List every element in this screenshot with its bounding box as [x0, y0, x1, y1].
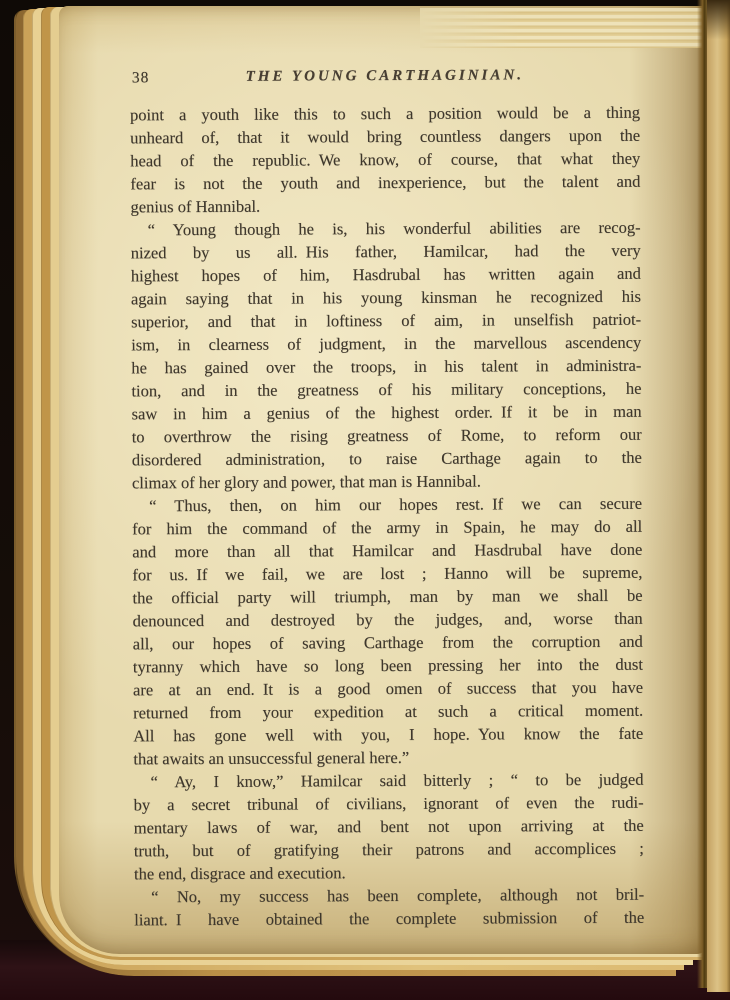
text-line: mentary laws of war, and bent not upon a…: [134, 814, 644, 840]
text-line: “ Thus, then, on him our hopes rest. If …: [132, 492, 642, 518]
text-line: all, our hopes of saving Carthage from t…: [133, 630, 643, 656]
facing-page-sliver: [707, 0, 730, 992]
text-line: “ Ay, I know,” Hamilcar said bitterly ; …: [133, 768, 643, 794]
text-line: that awaits an unsuccessful general here…: [133, 745, 643, 771]
top-page-edges: [420, 8, 706, 48]
text-line: to overthrow the rising greatness of Rom…: [132, 423, 642, 449]
text-line: “ Young though he is, his wonderful abil…: [131, 216, 641, 242]
text-line: the end, disgrace and execution.: [134, 860, 644, 886]
text-line: fear is not the youth and inexperience, …: [130, 170, 640, 196]
text-line: the official party will triumph, man by …: [132, 584, 642, 610]
text-line: unheard of, that it would bring countles…: [130, 124, 640, 150]
text-line: climax of her glory and power, that man …: [132, 469, 642, 495]
text-line: tion, and in the greatness of his milita…: [131, 377, 641, 403]
text-line: denounced and destroyed by the judges, a…: [133, 607, 643, 633]
text-line: saw in him a genius of the highest order…: [131, 400, 641, 426]
page-text: point a youth like this to such a positi…: [130, 101, 644, 932]
text-line: truth, but of gratifying their patrons a…: [134, 837, 644, 863]
text-line: tyranny which have so long been pressing…: [133, 653, 643, 679]
text-line: nized by us all. His father, Hamilcar, h…: [131, 239, 641, 265]
text-line: and more than all that Hamilcar and Hasd…: [132, 538, 642, 564]
text-line: he has gained over the troops, in his ta…: [131, 354, 641, 380]
text-line: returned from your expedition at such a …: [133, 699, 643, 725]
text-line: head of the republic. We know, of course…: [130, 147, 640, 173]
text-line: ism, in clearness of judgment, in the ma…: [131, 331, 641, 357]
text-line: superior, and that in loftiness of aim, …: [131, 308, 641, 334]
page-text-column: 38 THE YOUNG CARTHAGINIAN. point a youth…: [130, 65, 645, 932]
text-line: disordered administration, to raise Cart…: [132, 446, 642, 472]
running-title: THE YOUNG CARTHAGINIAN.: [130, 67, 640, 87]
text-line: “ No, my success has been complete, alth…: [134, 883, 644, 909]
text-line: by a secret tribunal of civilians, ignor…: [134, 791, 644, 817]
text-line: for him the command of the army in Spain…: [132, 515, 642, 541]
text-line: genius of Hannibal.: [130, 193, 640, 219]
text-line: point a youth like this to such a positi…: [130, 101, 640, 127]
book-photo: 38 THE YOUNG CARTHAGINIAN. point a youth…: [0, 0, 730, 1000]
text-line: highest hopes of him, Hasdrubal has writ…: [131, 262, 641, 288]
text-line: All has gone well with you, I hope. You …: [133, 722, 643, 748]
text-line: are at an end. It is a good omen of succ…: [133, 676, 643, 702]
page-header: 38 THE YOUNG CARTHAGINIAN.: [130, 65, 640, 90]
text-line: for us. If we fail, we are lost ; Hanno …: [132, 561, 642, 587]
text-line: again saying that in his young kinsman h…: [131, 285, 641, 311]
text-line: liant. I have obtained the complete subm…: [134, 906, 644, 932]
